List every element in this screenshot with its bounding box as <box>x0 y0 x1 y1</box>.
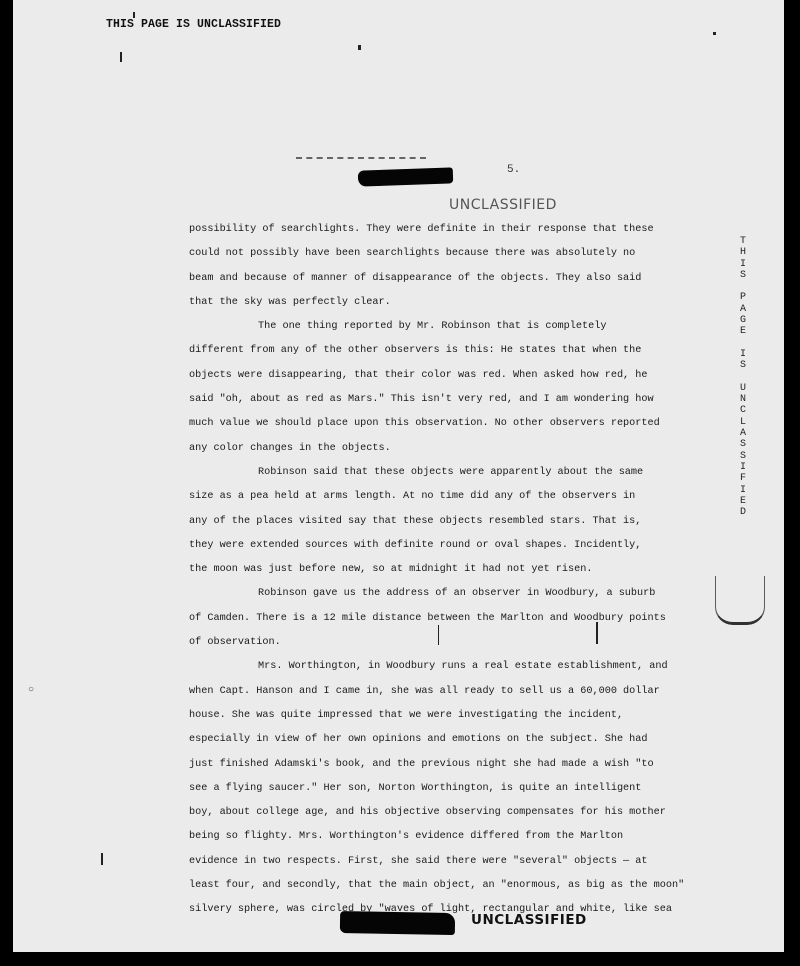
side-bracket-mark <box>715 576 765 625</box>
side-stamp-letter: H <box>737 247 749 258</box>
side-stamp-letter <box>737 338 749 349</box>
scan-artifact <box>358 45 361 50</box>
text-line: The one thing reported by Mr. Robinson t… <box>189 315 639 339</box>
side-stamp-letter <box>737 372 749 383</box>
text-line: Robinson gave us the address of an obser… <box>189 582 639 606</box>
text-line: of observation. <box>189 631 639 655</box>
side-stamp-letter: E <box>737 326 749 337</box>
scan-artifact <box>120 52 122 62</box>
text-line: any color changes in the objects. <box>189 437 639 461</box>
text-line: see a flying saucer." Her son, Norton Wo… <box>189 777 639 801</box>
text-line: said "oh, about as red as Mars." This is… <box>189 388 639 412</box>
classification-stamp-lower: UNCLASSIFIED <box>471 912 587 928</box>
side-stamp-letter <box>737 281 749 292</box>
redaction-bar-bottom <box>340 911 455 935</box>
side-stamp-letter: E <box>737 496 749 507</box>
side-stamp-letter: F <box>737 473 749 484</box>
paragraph: possibility of searchlights. They were d… <box>189 218 639 315</box>
side-stamp-letter: N <box>737 394 749 405</box>
text-line: Robinson said that these objects were ap… <box>189 461 639 485</box>
side-stamp-letter: I <box>737 259 749 270</box>
text-line: just finished Adamski's book, and the pr… <box>189 753 639 777</box>
side-stamp-letter: A <box>737 428 749 439</box>
text-line: that the sky was perfectly clear. <box>189 291 639 315</box>
side-stamp-letter: S <box>737 360 749 371</box>
scan-artifact <box>438 625 439 645</box>
side-stamp-letter: S <box>737 439 749 450</box>
text-line: much value we should place upon this obs… <box>189 412 639 436</box>
scan-artifact <box>596 622 598 644</box>
side-stamp-letter: A <box>737 304 749 315</box>
scan-artifact <box>133 12 135 18</box>
text-line: beam and because of manner of disappeara… <box>189 267 639 291</box>
text-line: Mrs. Worthington, in Woodbury runs a rea… <box>189 655 639 679</box>
side-stamp-letter: S <box>737 270 749 281</box>
document-page: THIS PAGE IS UNCLASSIFIED 5. UNCLASSIFIE… <box>13 0 784 952</box>
classification-stamp-upper: UNCLASSIFIED <box>449 197 557 213</box>
text-line: when Capt. Hanson and I came in, she was… <box>189 680 639 704</box>
text-line: the moon was just before new, so at midn… <box>189 558 639 582</box>
text-line: especially in view of her own opinions a… <box>189 728 639 752</box>
text-line: possibility of searchlights. They were d… <box>189 218 639 242</box>
struck-classification-line <box>296 157 426 161</box>
document-body: possibility of searchlights. They were d… <box>189 218 639 923</box>
scan-artifact <box>713 32 716 35</box>
side-stamp-letter: G <box>737 315 749 326</box>
side-stamp-letter: I <box>737 349 749 360</box>
text-line: size as a pea held at arms length. At no… <box>189 485 639 509</box>
redaction-bar-top <box>358 167 454 186</box>
paragraph: Mrs. Worthington, in Woodbury runs a rea… <box>189 655 639 922</box>
side-stamp-letter: D <box>737 507 749 518</box>
text-line: they were extended sources with definite… <box>189 534 639 558</box>
side-stamp-letter: L <box>737 417 749 428</box>
side-stamp-letter: C <box>737 405 749 416</box>
text-line: house. She was quite impressed that we w… <box>189 704 639 728</box>
text-line: could not possibly have been searchlight… <box>189 242 639 266</box>
side-stamp-letter: T <box>737 236 749 247</box>
text-line: of Camden. There is a 12 mile distance b… <box>189 607 639 631</box>
text-line: objects were disappearing, that their co… <box>189 364 639 388</box>
side-stamp-letter: U <box>737 383 749 394</box>
side-stamp-letter: I <box>737 485 749 496</box>
side-stamp-letter: P <box>737 292 749 303</box>
side-stamp-letter: I <box>737 462 749 473</box>
margin-mark: ○ <box>28 685 34 696</box>
text-line: different from any of the other observer… <box>189 339 639 363</box>
side-stamp-letter: S <box>737 451 749 462</box>
side-classification-stamp: THISPAGEISUNCLASSIFIED <box>737 236 749 518</box>
text-line: boy, about college age, and his objectiv… <box>189 801 639 825</box>
scan-artifact <box>101 853 103 865</box>
paragraph: The one thing reported by Mr. Robinson t… <box>189 315 639 461</box>
paragraph: Robinson gave us the address of an obser… <box>189 582 639 655</box>
paragraph: Robinson said that these objects were ap… <box>189 461 639 582</box>
text-line: any of the places visited say that these… <box>189 510 639 534</box>
text-line: least four, and secondly, that the main … <box>189 874 639 898</box>
text-line: being so flighty. Mrs. Worthington's evi… <box>189 825 639 849</box>
top-classification-stamp: THIS PAGE IS UNCLASSIFIED <box>106 18 281 31</box>
text-line: evidence in two respects. First, she sai… <box>189 850 639 874</box>
page-number: 5. <box>507 164 520 176</box>
